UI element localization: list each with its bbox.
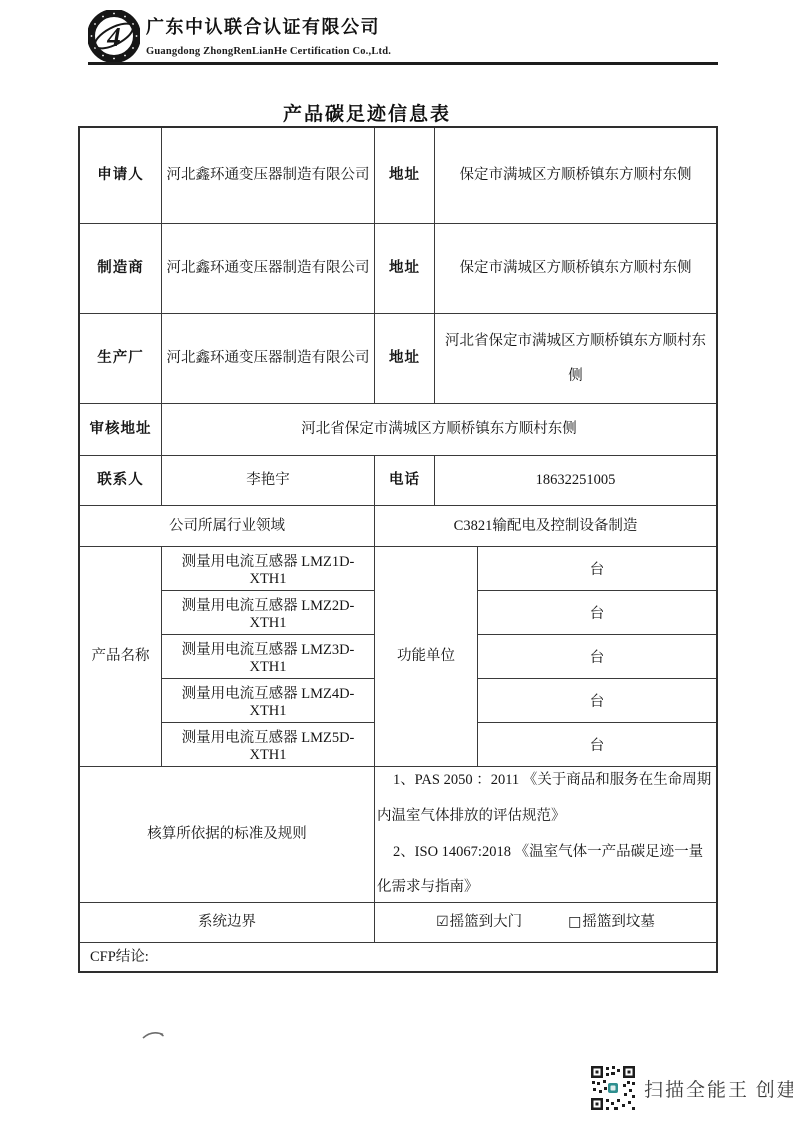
boundary-option-label: 摇篮到坟墓 <box>582 914 655 930</box>
plant-address-label: 地址 <box>375 314 435 403</box>
product-name-label: 产品名称 <box>80 547 162 766</box>
audit-address-value: 河北省保定市满城区方顺桥镇东方顺村东侧 <box>162 404 716 455</box>
contact-label: 联系人 <box>80 456 162 505</box>
scanned-document-page: 4 广东中认联合认证有限公司 Guangdong ZhongRenLianHe … <box>0 0 793 1123</box>
standards-list: 1、PAS 2050 ：2011 《关于商品和服务在生命周期内温室气体排放的评估… <box>375 767 716 902</box>
boundary-option-label: 摇篮到大门 <box>450 914 523 930</box>
scanner-watermark: 扫描全能王 创建 <box>591 1066 793 1110</box>
watermark-text: 扫描全能王 创建 <box>644 1075 793 1102</box>
functional-unit: 台 <box>478 723 716 766</box>
product-name: 测量用电流互感器 LMZ4D-XTH1 <box>162 679 374 723</box>
system-boundary-label: 系统边界 <box>80 903 375 942</box>
functional-unit: 台 <box>478 547 716 591</box>
row-applicant: 申请人 河北鑫环通变压器制造有限公司 地址 保定市满城区方顺桥镇东方顺村东侧 <box>80 128 716 224</box>
qr-code-icon <box>591 1066 635 1110</box>
manufacturer-label: 制造商 <box>80 224 162 313</box>
functional-unit: 台 <box>478 591 716 635</box>
row-system-boundary: 系统边界 ☑摇篮到大门 □摇篮到坟墓 <box>80 903 716 943</box>
system-boundary-options: ☑摇篮到大门 □摇篮到坟墓 <box>375 903 716 942</box>
boundary-option-cradle-to-grave: □摇篮到坟墓 <box>568 905 655 940</box>
company-name-block: 广东中认联合认证有限公司 Guangdong ZhongRenLianHe Ce… <box>146 10 391 57</box>
pen-scribble-mark <box>140 1026 168 1044</box>
manufacturer-value: 河北鑫环通变压器制造有限公司 <box>162 224 375 313</box>
product-name: 测量用电流互感器 LMZ5D-XTH1 <box>162 723 374 766</box>
phone-number: 18632251005 <box>435 456 716 505</box>
functional-unit-list: 台 台 台 台 台 <box>478 547 716 766</box>
contact-name: 李艳宇 <box>162 456 375 505</box>
standard-item: 1、PAS 2050 ：2011 《关于商品和服务在生命周期内温室气体排放的评估… <box>377 763 714 834</box>
manufacturer-address-value: 保定市满城区方顺桥镇东方顺村东侧 <box>435 224 716 313</box>
page-title: 产品碳足迹信息表 <box>48 99 686 126</box>
row-audit-address: 审核地址 河北省保定市满城区方顺桥镇东方顺村东侧 <box>80 404 716 456</box>
company-name-cn: 广东中认联合认证有限公司 <box>146 13 391 39</box>
applicant-address-label: 地址 <box>375 128 435 223</box>
product-name: 测量用电流互感器 LMZ2D-XTH1 <box>162 591 374 635</box>
applicant-value: 河北鑫环通变压器制造有限公司 <box>162 128 375 223</box>
audit-address-label: 审核地址 <box>80 404 162 455</box>
plant-label: 生产厂 <box>80 314 162 403</box>
functional-unit: 台 <box>478 679 716 723</box>
header-divider <box>88 62 718 65</box>
certification-seal-icon: 4 <box>88 10 140 62</box>
row-manufacturer: 制造商 河北鑫环通变压器制造有限公司 地址 保定市满城区方顺桥镇东方顺村东侧 <box>80 224 716 314</box>
product-name: 测量用电流互感器 LMZ3D-XTH1 <box>162 635 374 679</box>
row-products: 产品名称 测量用电流互感器 LMZ1D-XTH1 测量用电流互感器 LMZ2D-… <box>80 547 716 767</box>
industry-label: 公司所属行业领域 <box>80 506 375 546</box>
functional-unit: 台 <box>478 635 716 679</box>
product-name: 测量用电流互感器 LMZ1D-XTH1 <box>162 547 374 591</box>
applicant-address-value: 保定市满城区方顺桥镇东方顺村东侧 <box>435 128 716 223</box>
row-cfp-conclusion: CFP结论: <box>80 943 716 971</box>
cfp-conclusion-label: CFP结论: <box>80 943 716 971</box>
functional-unit-label: 功能单位 <box>375 547 478 766</box>
boundary-option-cradle-to-gate: ☑摇篮到大门 <box>436 905 522 940</box>
row-contact: 联系人 李艳宇 电话 18632251005 <box>80 456 716 506</box>
row-plant: 生产厂 河北鑫环通变压器制造有限公司 地址 河北省保定市满城区方顺桥镇东方顺村东… <box>80 314 716 404</box>
plant-address-value: 河北省保定市满城区方顺桥镇东方顺村东侧 <box>435 314 716 403</box>
checked-checkbox-icon: ☑ <box>436 914 449 930</box>
svg-text:4: 4 <box>106 22 121 52</box>
standards-label: 核算所依据的标准及规则 <box>80 767 375 902</box>
industry-value: C3821输配电及控制设备制造 <box>375 506 716 546</box>
phone-label: 电话 <box>375 456 435 505</box>
carbon-footprint-info-table: 申请人 河北鑫环通变压器制造有限公司 地址 保定市满城区方顺桥镇东方顺村东侧 制… <box>78 126 718 973</box>
letterhead: 4 广东中认联合认证有限公司 Guangdong ZhongRenLianHe … <box>88 10 391 62</box>
plant-value: 河北鑫环通变压器制造有限公司 <box>162 314 375 403</box>
manufacturer-address-label: 地址 <box>375 224 435 313</box>
standard-item: 2、ISO 14067:2018 《温室气体一产品碳足迹一量化需求与指南》 <box>377 835 714 906</box>
product-name-list: 测量用电流互感器 LMZ1D-XTH1 测量用电流互感器 LMZ2D-XTH1 … <box>162 547 375 766</box>
applicant-label: 申请人 <box>80 128 162 223</box>
company-name-en: Guangdong ZhongRenLianHe Certification C… <box>146 46 391 57</box>
row-standards: 核算所依据的标准及规则 1、PAS 2050 ：2011 《关于商品和服务在生命… <box>80 767 716 903</box>
unchecked-checkbox-icon: □ <box>568 914 581 930</box>
row-industry: 公司所属行业领域 C3821输配电及控制设备制造 <box>80 506 716 547</box>
